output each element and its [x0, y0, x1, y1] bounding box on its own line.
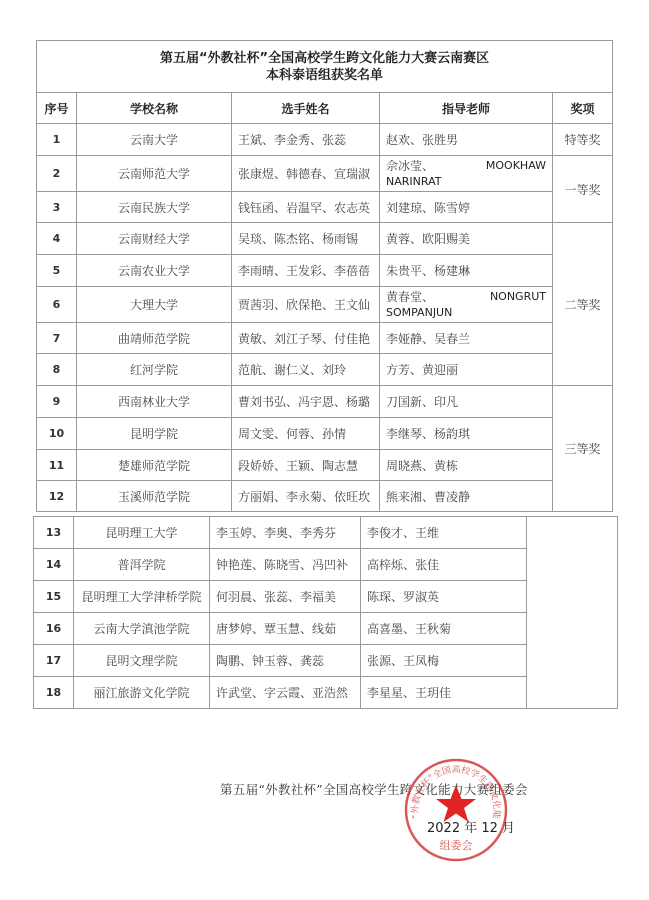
row-students: 曹刘书弘、冯宇恩、杨璐 [232, 386, 380, 418]
award-special: 特等奖 [553, 124, 613, 156]
row-school: 大理大学 [77, 287, 232, 323]
row-no: 1 [37, 124, 77, 156]
row-no: 2 [37, 156, 77, 192]
table-row: 11 楚雄师范学院 段娇娇、王颖、陶志慧 周晓燕、黄栋 [37, 450, 613, 481]
row-students: 唐梦婷、覃玉慧、线茹 [210, 613, 361, 645]
table-row: 2 云南师范大学 张康煜、韩德春、宣瑞淑 佘冰莹、MOOKHAW NARINRA… [37, 156, 613, 192]
row-teachers: 方芳、黄迎丽 [380, 354, 553, 386]
row-teachers: 高梓烁、张佳 [361, 549, 527, 581]
award-table-part1: 第五届“外教社杯”全国高校学生跨文化能力大赛云南赛区 本科泰语组获奖名单 序号 … [36, 40, 613, 512]
header-award: 奖项 [553, 93, 613, 124]
award-cell-empty [527, 517, 618, 709]
teacher-latin-1: MOOKHAW [486, 158, 546, 174]
header-teachers: 指导老师 [380, 93, 553, 124]
row-students: 周文雯、何蓉、孙情 [232, 418, 380, 450]
row-no: 15 [34, 581, 74, 613]
row-school: 云南财经大学 [77, 223, 232, 255]
row-school: 丽江旅游文化学院 [74, 677, 210, 709]
row-students: 李雨晴、王发彩、李蓓蓓 [232, 255, 380, 287]
table-row: 1 云南大学 王斌、李金秀、张蕊 赵欢、张胜男 特等奖 [37, 124, 613, 156]
row-students: 范航、谢仁义、刘玲 [232, 354, 380, 386]
row-school: 楚雄师范学院 [77, 450, 232, 481]
row-students: 黄敏、刘江子琴、付佳艳 [232, 323, 380, 354]
row-no: 7 [37, 323, 77, 354]
teacher-cn: 佘冰莹、 [386, 158, 434, 174]
table-row: 9 西南林业大学 曹刘书弘、冯宇恩、杨璐 刀国新、印凡 三等奖 [37, 386, 613, 418]
row-school: 云南民族大学 [77, 192, 232, 223]
row-students: 段娇娇、王颖、陶志慧 [232, 450, 380, 481]
row-teachers: 熊来湘、曹凌静 [380, 481, 553, 512]
row-no: 17 [34, 645, 74, 677]
table-row: 10 昆明学院 周文雯、何蓉、孙情 李继琴、杨韵琪 [37, 418, 613, 450]
row-no: 4 [37, 223, 77, 255]
table-row: 4 云南财经大学 吴琰、陈杰铭、杨雨锡 黄蓉、欧阳赐美 二等奖 [37, 223, 613, 255]
row-teachers: 李继琴、杨韵琪 [380, 418, 553, 450]
row-students: 张康煜、韩德春、宣瑞淑 [232, 156, 380, 192]
row-teachers: 刀国新、印凡 [380, 386, 553, 418]
row-school: 云南大学滇池学院 [74, 613, 210, 645]
row-no: 13 [34, 517, 74, 549]
row-teachers: 李俊才、王维 [361, 517, 527, 549]
row-school: 昆明理工大学津桥学院 [74, 581, 210, 613]
row-no: 16 [34, 613, 74, 645]
issue-date: 2022 年 12 月 [427, 817, 515, 836]
row-school: 昆明文理学院 [74, 645, 210, 677]
award-second: 二等奖 [553, 223, 613, 386]
row-school: 昆明学院 [77, 418, 232, 450]
row-school: 云南大学 [77, 124, 232, 156]
row-no: 8 [37, 354, 77, 386]
document-title: 第五届“外教社杯”全国高校学生跨文化能力大赛云南赛区 本科泰语组获奖名单 [37, 41, 613, 93]
teacher-cn: 黄春堂、 [386, 289, 434, 305]
row-no: 10 [37, 418, 77, 450]
row-teachers: 张源、王凤梅 [361, 645, 527, 677]
official-seal-icon: 第五届“外教社杯”全国高校学生跨文化能力大赛 组委会 [403, 757, 509, 863]
row-students: 陶鹏、钟玉蓉、龚蕊 [210, 645, 361, 677]
row-teachers: 佘冰莹、MOOKHAW NARINRAT [380, 156, 553, 192]
row-students: 李玉婷、李奥、李秀芬 [210, 517, 361, 549]
table-row: 5 云南农业大学 李雨晴、王发彩、李蓓蓓 朱贵平、杨建琳 [37, 255, 613, 287]
row-teachers: 赵欢、张胜男 [380, 124, 553, 156]
row-no: 5 [37, 255, 77, 287]
row-teachers: 周晓燕、黄栋 [380, 450, 553, 481]
title-line1: 第五届“外教社杯”全国高校学生跨文化能力大赛云南赛区 [43, 50, 606, 67]
row-no: 6 [37, 287, 77, 323]
row-teachers: 李娅静、吴春兰 [380, 323, 553, 354]
row-teachers: 黄蓉、欧阳赐美 [380, 223, 553, 255]
row-no: 3 [37, 192, 77, 223]
header-students: 选手姓名 [232, 93, 380, 124]
row-teachers: 刘建琼、陈雪婷 [380, 192, 553, 223]
row-teachers: 李星星、王玥佳 [361, 677, 527, 709]
row-teachers: 陈琛、罗淑英 [361, 581, 527, 613]
row-students: 吴琰、陈杰铭、杨雨锡 [232, 223, 380, 255]
row-students: 何羽晨、张蕊、李福美 [210, 581, 361, 613]
header-no: 序号 [37, 93, 77, 124]
row-school: 玉溪师范学院 [77, 481, 232, 512]
row-students: 方丽娟、李永菊、依旺坎 [232, 481, 380, 512]
table-row: 8 红河学院 范航、谢仁义、刘玲 方芳、黄迎丽 [37, 354, 613, 386]
row-no: 11 [37, 450, 77, 481]
row-school: 云南农业大学 [77, 255, 232, 287]
row-school: 普洱学院 [74, 549, 210, 581]
row-students: 许武堂、字云霞、亚浩然 [210, 677, 361, 709]
row-no: 14 [34, 549, 74, 581]
row-students: 钟艳莲、陈晓雪、冯凹补 [210, 549, 361, 581]
row-school: 西南林业大学 [77, 386, 232, 418]
table-row: 6 大理大学 贾茜羽、欣保艳、王文仙 黄春堂、NONGRUT SOMPANJUN [37, 287, 613, 323]
header-row: 序号 学校名称 选手姓名 指导老师 奖项 [37, 93, 613, 124]
row-students: 贾茜羽、欣保艳、王文仙 [232, 287, 380, 323]
title-line2: 本科泰语组获奖名单 [43, 67, 606, 84]
row-no: 9 [37, 386, 77, 418]
table-row: 7 曲靖师范学院 黄敏、刘江子琴、付佳艳 李娅静、吴春兰 [37, 323, 613, 354]
seal-center-text: 组委会 [440, 838, 473, 852]
row-students: 钱钰函、岩温罕、农志英 [232, 192, 380, 223]
award-table-part2: 13 昆明理工大学 李玉婷、李奥、李秀芬 李俊才、王维 14 普洱学院 钟艳莲、… [33, 516, 618, 709]
row-school: 红河学院 [77, 354, 232, 386]
row-school: 云南师范大学 [77, 156, 232, 192]
table-row: 3 云南民族大学 钱钰函、岩温罕、农志英 刘建琼、陈雪婷 [37, 192, 613, 223]
table-row: 13 昆明理工大学 李玉婷、李奥、李秀芬 李俊才、王维 [34, 517, 618, 549]
row-no: 18 [34, 677, 74, 709]
award-third: 三等奖 [553, 386, 613, 512]
header-school: 学校名称 [77, 93, 232, 124]
teacher-latin-1: NONGRUT [490, 289, 546, 305]
award-first: 一等奖 [553, 156, 613, 223]
row-teachers: 高喜墨、王秋菊 [361, 613, 527, 645]
row-school: 曲靖师范学院 [77, 323, 232, 354]
teacher-latin-2: NARINRAT [386, 174, 546, 190]
row-no: 12 [37, 481, 77, 512]
table-row: 12 玉溪师范学院 方丽娟、李永菊、依旺坎 熊来湘、曹凌静 [37, 481, 613, 512]
row-students: 王斌、李金秀、张蕊 [232, 124, 380, 156]
teacher-latin-2: SOMPANJUN [386, 305, 546, 321]
row-teachers: 黄春堂、NONGRUT SOMPANJUN [380, 287, 553, 323]
row-teachers: 朱贵平、杨建琳 [380, 255, 553, 287]
row-school: 昆明理工大学 [74, 517, 210, 549]
